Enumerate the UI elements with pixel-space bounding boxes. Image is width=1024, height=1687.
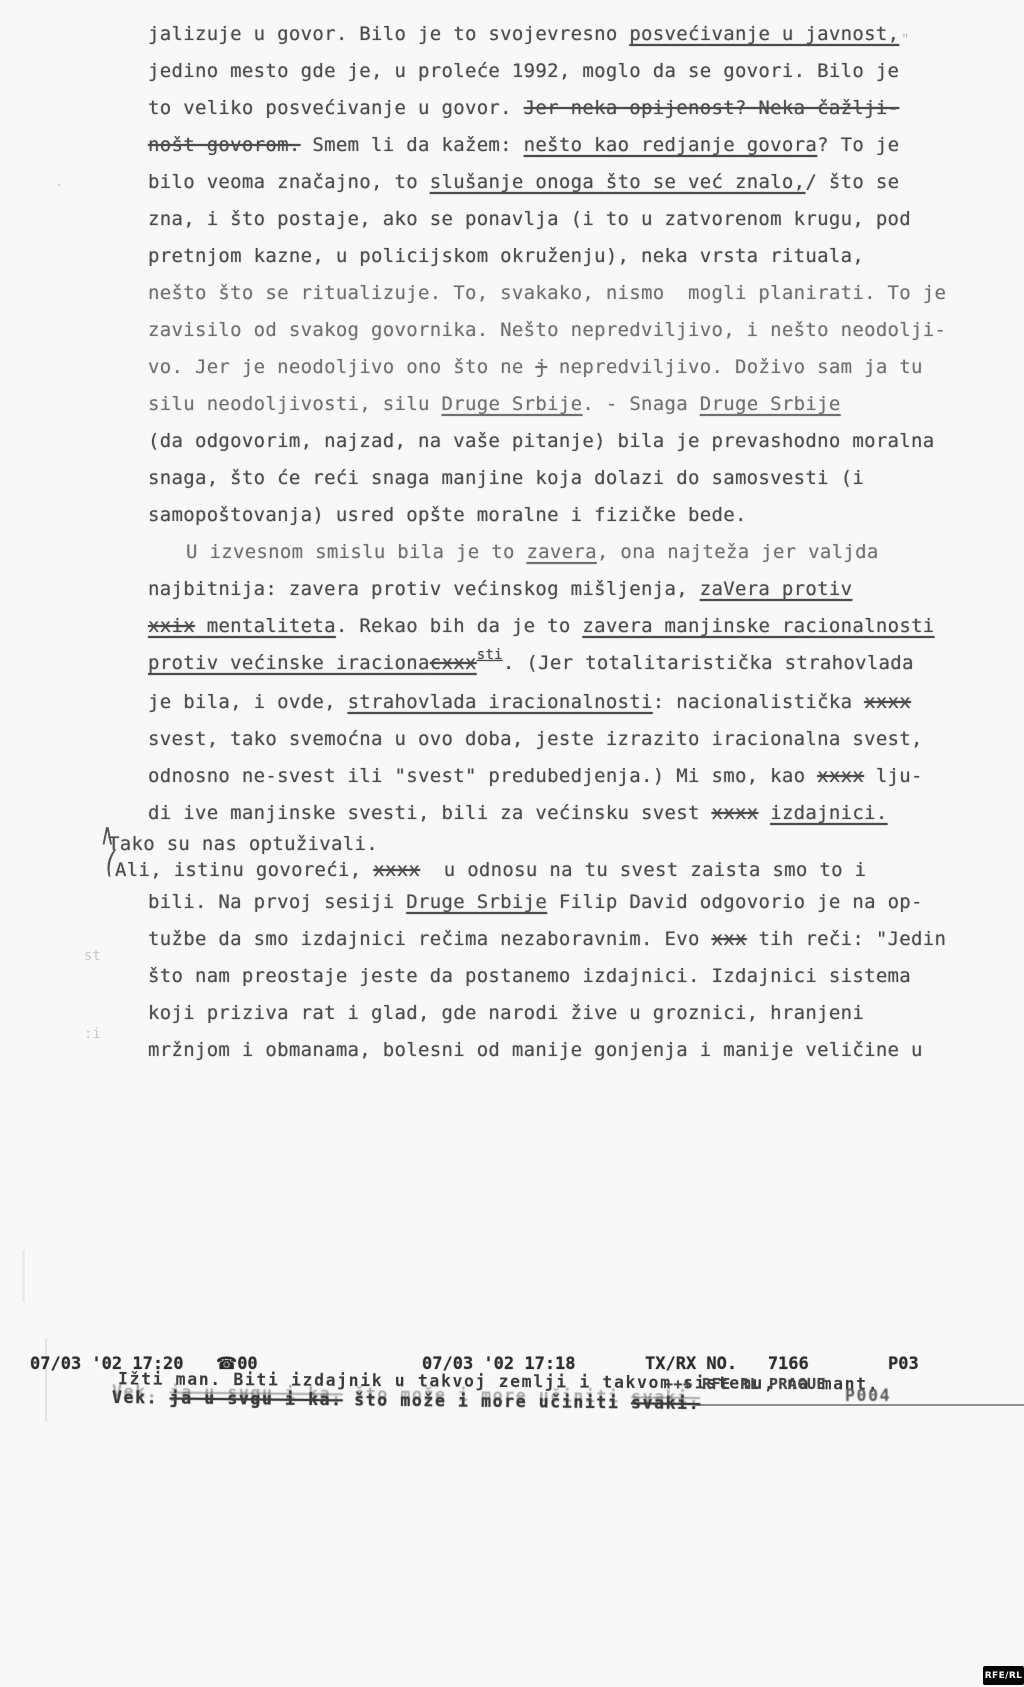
typed-text: jalizuje u govor. Bilo je to svojevresno… — [148, 16, 958, 1069]
text-segment: Ali, istinu govoreći, — [115, 859, 373, 881]
text-line: jalizuje u govor. Bilo je to svojevresno… — [148, 16, 958, 53]
scan-artifact-vertical-line — [22, 1250, 25, 1302]
text-segment: protiv većinske iraciona — [148, 652, 430, 674]
text-line: pretnjom kazne, u policijskom okruženju)… — [148, 238, 958, 275]
text-segment: bilo veoma značajno, to — [148, 171, 430, 193]
text-segment: svest, tako svemoćna u ovo doba, jeste i… — [148, 728, 923, 750]
scan-smudge: st — [84, 948, 101, 964]
text-segment: jedino mesto gde je, u proleće 1992, mog… — [148, 60, 899, 82]
text-segment: nešto kao redjanje govora — [524, 134, 817, 156]
text-segment: zavisilo od svakog govornika. Nešto nepr… — [148, 319, 946, 341]
text-segment: mentaliteta — [195, 615, 336, 637]
text-segment: zna, i što postaje, ako se ponavlja (i t… — [148, 208, 911, 230]
text-segment: zavera manjinske racionalnosti — [582, 615, 934, 637]
text-line: zavisilo od svakog govornika. Nešto nepr… — [148, 312, 958, 349]
text-segment: di ive manjinske svesti, bili za većinsk… — [148, 802, 711, 824]
text-line: di ive manjinske svesti, bili za većinsk… — [148, 795, 958, 832]
text-line: jedino mesto gde je, u proleće 1992, mog… — [148, 53, 958, 90]
text-line: koji priziva rat i glad, gde narodi žive… — [148, 995, 958, 1032]
text-segment: Druge Srbije — [441, 393, 582, 415]
text-segment: ? To je — [817, 134, 899, 156]
text-segment: vo. Jer je neodoljivo ono što ne — [148, 356, 535, 378]
text-segment: . Rekao bih da je to — [336, 615, 583, 637]
text-segment: svaki. — [631, 1393, 700, 1413]
text-segment: . (Jer totalitaristička strahovlada — [503, 652, 914, 674]
text-segment: zaVera protiv — [700, 578, 853, 600]
text-segment: silu neodoljivosti, silu — [148, 393, 441, 415]
text-segment: U izvesnom smislu bila je to — [186, 541, 526, 563]
text-segment: što nam preostaje jeste da postanemo izd… — [148, 965, 911, 987]
text-line: Tako su nas optuživali. — [108, 832, 958, 857]
text-segment: j — [535, 356, 547, 378]
fax-page-code: P03 — [888, 1354, 919, 1374]
text-segment: Jer neka opijenost? Neka čažlji- — [524, 97, 900, 119]
text-line: Ali, istinu govoreći, xxxx u odnosu na t… — [115, 857, 958, 884]
text-line: nešto što se ritualizuje. To, svakako, n… — [148, 275, 958, 312]
text-segment: jalizuje u govor. Bilo je to svojevresno — [148, 23, 629, 45]
text-segment: sti — [477, 637, 503, 674]
text-segment: xxx — [711, 928, 746, 950]
text-segment: samopoštovanja) usred opšte moralne i fi… — [148, 504, 747, 526]
scanned-fax-page: jalizuje u govor. Bilo je to svojevresno… — [0, 0, 1024, 1687]
text-segment: posvećivanje u javnost, — [629, 23, 899, 45]
text-segment: xxxx — [864, 691, 911, 713]
text-line: silu neodoljivosti, silu Druge Srbije. -… — [148, 386, 958, 423]
rferl-logo: RFE/RL — [983, 1666, 1024, 1685]
text-line: najbitnija: zavera protiv većinskog mišl… — [148, 571, 958, 608]
text-line: zna, i što postaje, ako se ponavlja (i t… — [148, 201, 958, 238]
text-line: protiv većinske iracionacxxxsti. (Jer to… — [148, 645, 958, 684]
text-segment: odnosno ne-svest ili "svest" predubedjen… — [148, 765, 817, 787]
text-line: odnosno ne-svest ili "svest" predubedjen… — [148, 758, 958, 795]
fax-txrx-number: TX/RX NO. 7166 — [645, 1354, 809, 1374]
text-segment: bili. Na prvoj sesiji — [148, 891, 406, 913]
fax-page-code-overlay: P004 — [845, 1386, 891, 1405]
text-line: bili. Na prvoj sesiji Druge Srbije Filip… — [148, 884, 958, 921]
text-segment: u odnosu na tu svest zaista smo to i — [420, 859, 866, 881]
text-segment: . - Snaga — [582, 393, 699, 415]
text-line: je bila, i ovde, strahovlada iracionalno… — [148, 684, 958, 721]
text-line: mržnjom i obmanama, bolesni od manije go… — [148, 1032, 958, 1069]
text-line: bilo veoma značajno, to slušanje onoga š… — [148, 164, 958, 201]
text-segment: xxxx — [373, 859, 420, 881]
text-line: snaga, što će reći snaga manjine koja do… — [148, 460, 958, 497]
text-segment: tih reči: "Jedin — [747, 928, 947, 950]
text-segment: Filip David odgovorio je na op- — [547, 891, 923, 913]
text-segment — [758, 802, 770, 824]
text-line: svest, tako svemoćna u ovo doba, jeste i… — [148, 721, 958, 758]
text-segment: nešto što se ritualizuje. To, svakako, n… — [148, 282, 946, 304]
text-segment: ja u svgu i ka. — [170, 1389, 343, 1410]
text-segment: Vek. — [112, 1388, 170, 1408]
text-segment: to veliko posvećivanje u govor. — [148, 97, 524, 119]
text-line: samopoštovanja) usred opšte moralne i fi… — [148, 497, 958, 534]
text-line: što nam preostaje jeste da postanemo izd… — [148, 958, 958, 995]
text-segment: zavera — [526, 541, 596, 563]
text-line: (da odgovorim, najzad, na vaše pitanje) … — [148, 423, 958, 460]
text-segment: : nacionalistička — [653, 691, 864, 713]
text-segment: Tako su nas optuživali. — [108, 833, 378, 855]
text-line: xxix mentaliteta. Rekao bih da je to zav… — [148, 608, 958, 645]
scan-smudge: · — [55, 178, 63, 194]
fax-station-id: +++ RFE RL PRAGUE — [664, 1375, 826, 1393]
text-segment: xxxx — [711, 802, 758, 824]
text-segment: / što se — [805, 171, 899, 193]
scan-artifact-vertical-line — [45, 1338, 47, 1422]
text-segment: cxxx — [430, 652, 477, 674]
text-line: tužbe da smo izdajnici rečima nezaboravn… — [148, 921, 958, 958]
text-segment: mržnjom i obmanama, bolesni od manije go… — [148, 1039, 923, 1061]
text-segment: snaga, što će reći snaga manjine koja do… — [148, 467, 864, 489]
text-segment: je bila, i ovde, — [148, 691, 348, 713]
text-segment: Druge Srbije — [406, 891, 547, 913]
text-segment: xxix — [148, 615, 195, 637]
text-segment: xxxx — [817, 765, 864, 787]
text-line: vo. Jer je neodoljivo ono što ne j nepre… — [148, 349, 958, 386]
text-line: U izvesnom smislu bila je to zavera, ona… — [148, 534, 958, 571]
text-segment: što može i more učiniti — [343, 1390, 632, 1412]
text-segment: , ona najteža jer valjda — [597, 541, 879, 563]
text-segment: nepredviljivo. Doživo sam ja tu — [547, 356, 923, 378]
text-segment: Smem li da kažem: — [301, 134, 524, 156]
text-segment: slušanje onoga što se već znalo, — [430, 171, 806, 193]
text-segment: izdajnici. — [770, 802, 887, 824]
text-line: nošt govorom. Smem li da kažem: nešto ka… — [148, 127, 958, 164]
text-segment: Druge Srbije — [700, 393, 841, 415]
text-segment: najbitnija: zavera protiv većinskog mišl… — [148, 578, 700, 600]
text-segment: nošt govorom. — [148, 134, 301, 156]
scan-smudge: :i — [84, 1026, 101, 1042]
text-segment: (da odgovorim, najzad, na vaše pitanje) … — [148, 430, 935, 452]
text-segment: tužbe da smo izdajnici rečima nezaboravn… — [148, 928, 711, 950]
text-segment: strahovlada iracionalnosti — [348, 691, 653, 713]
text-segment: pretnjom kazne, u policijskom okruženju)… — [148, 245, 864, 267]
text-segment: lju- — [864, 765, 923, 787]
text-line: to veliko posvećivanje u govor. Jer neka… — [148, 90, 958, 127]
scan-smudge: " — [901, 32, 909, 48]
text-segment: koji priziva rat i glad, gde narodi žive… — [148, 1002, 864, 1024]
